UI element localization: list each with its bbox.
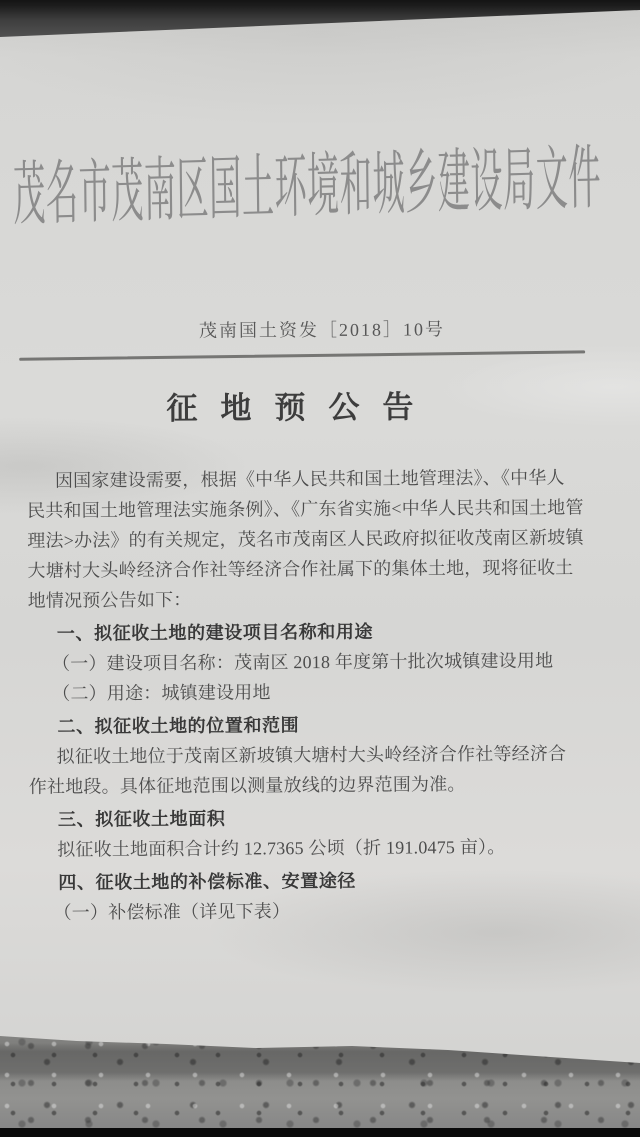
body-line-10: 拟征收土地位于茂南区新坡镇大塘村大头岭经济合作社等经济合 — [29, 738, 615, 772]
header-divider-line — [19, 350, 585, 360]
section-heading-4: 四、征收土地的补偿标准、安置途径 — [29, 864, 615, 898]
body-line-15: （一）补偿标准（详见下表） — [29, 894, 615, 928]
body-line-8: （二）用途：城镇建设用地 — [28, 675, 614, 709]
paper-sheet: 茂名市茂南区国土环境和城乡建设局文件 茂南国土资发［2018］10号 征地预公告… — [0, 0, 640, 1137]
body-line-13: 拟征收土地面积合计约 12.7365 公顷（折 191.0475 亩）。 — [29, 831, 615, 865]
agency-header-row: 茂名市茂南区国土环境和城乡建设局文件 — [1, 144, 640, 232]
body-line-1: 因国家建设需要，根据《中华人民共和国土地管理法》、《中华人 — [27, 462, 613, 496]
body-line-4: 大塘村大头岭经济合作社等经济合作社属下的集体土地，现将征收土 — [27, 552, 613, 586]
body-line-11: 作社地段。具体征地范围以测量放线的边界范围为准。 — [29, 768, 615, 802]
section-heading-2: 二、拟征收土地的位置和范围 — [28, 708, 614, 742]
notice-title: 征地预公告 — [166, 388, 640, 427]
body-line-5: 地情况预公告如下： — [28, 582, 614, 616]
photo-of-land-notice: 茂名市茂南区国土环境和城乡建设局文件 茂南国土资发［2018］10号 征地预公告… — [0, 0, 640, 1137]
document-number: 茂南国土资发［2018］10号 — [2, 318, 640, 343]
agency-header-title: 茂名市茂南区国土环境和城乡建设局文件 — [13, 140, 602, 237]
notice-body: 因国家建设需要，根据《中华人民共和国土地管理法》、《中华人 民共和国土地管理法实… — [27, 462, 616, 928]
body-line-7: （一）建设项目名称：茂南区 2018 年度第十批次城镇建设用地 — [28, 645, 614, 679]
section-heading-3: 三、拟征收土地面积 — [29, 801, 615, 835]
section-heading-1: 一、拟征收土地的建设项目名称和用途 — [28, 615, 614, 649]
body-line-2: 民共和国土地管理法实施条例》、《广东省实施<中华人民共和国土地管 — [27, 492, 613, 526]
photo-bottom-black-edge — [0, 1128, 640, 1137]
document-content: 茂名市茂南区国土环境和城乡建设局文件 茂南国土资发［2018］10号 征地预公告… — [0, 0, 640, 1137]
body-line-3: 理法>办法》的有关规定，茂名市茂南区人民政府拟征收茂南区新坡镇 — [27, 522, 613, 556]
